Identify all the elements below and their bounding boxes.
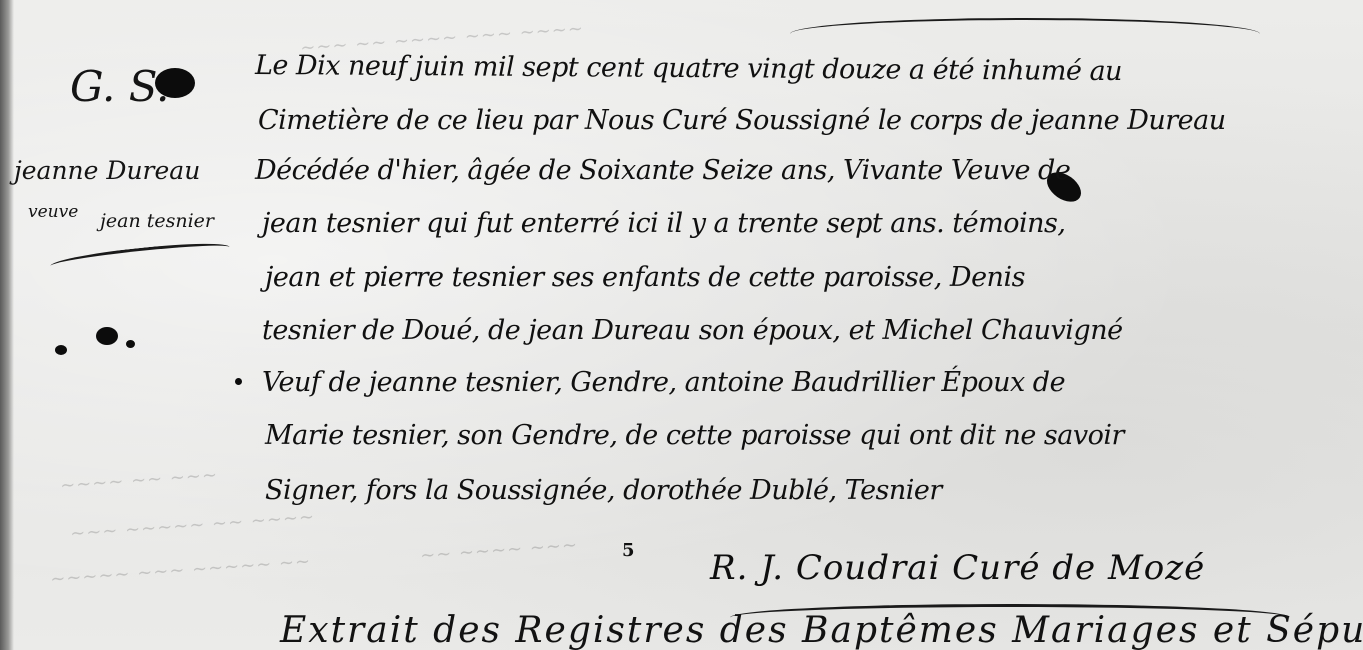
ink-spot	[235, 378, 242, 385]
record-line-4: jean tesnier qui fut enterré ici il y a …	[262, 208, 1065, 239]
record-line-6: tesnier de Doué, de jean Dureau son épou…	[262, 315, 1123, 346]
margin-name-veuve: veuve	[28, 202, 78, 222]
margin-name-spouse: jean tesnier	[100, 210, 214, 232]
margin-entry-code: G. S.	[70, 62, 169, 111]
record-line-8: Marie tesnier, son Gendre, de cette paro…	[265, 420, 1124, 451]
ink-spot	[96, 327, 118, 345]
record-line-1: Le Dix neuf juin mil sept cent quatre vi…	[255, 50, 1122, 87]
bleed-through-text: ~~~ ~~~~~ ~~ ~~~~	[70, 506, 316, 544]
record-line-9: Signer, fors la Soussignée, dorothée Dub…	[265, 475, 942, 506]
decorative-flourish	[790, 18, 1260, 50]
ink-spot	[55, 345, 67, 355]
manuscript-page: ~~~ ~~ ~~~~ ~~~ ~~~~ ~~~~ ~~ ~~~ ~~~ ~~~…	[0, 0, 1363, 650]
margin-underline-flourish	[50, 239, 231, 275]
record-line-3: Décédée d'hier, âgée de Soixante Seize a…	[255, 155, 1070, 186]
bleed-through-text: ~~ ~~~~ ~~~	[419, 535, 578, 567]
ink-spot	[126, 340, 135, 348]
bleed-through-text: ~~~~~ ~~~ ~~~~~ ~~	[50, 551, 312, 590]
record-line-7: Veuf de jeanne tesnier, Gendre, antoine …	[262, 367, 1065, 398]
record-line-5: jean et pierre tesnier ses enfants de ce…	[265, 262, 1025, 293]
officiant-signature: R. J. Coudrai Curé de Mozé	[710, 548, 1205, 588]
next-entry-heading: Extrait des Registres des Baptêmes Maria…	[280, 610, 1363, 650]
margin-name: jeanne Dureau	[14, 156, 200, 185]
ink-blot	[155, 68, 195, 98]
binding-edge	[0, 0, 14, 650]
bleed-through-text: ~~~~ ~~ ~~~	[59, 465, 218, 497]
page-mark: 5	[622, 540, 635, 561]
record-line-2: Cimetière de ce lieu par Nous Curé Souss…	[258, 105, 1226, 136]
